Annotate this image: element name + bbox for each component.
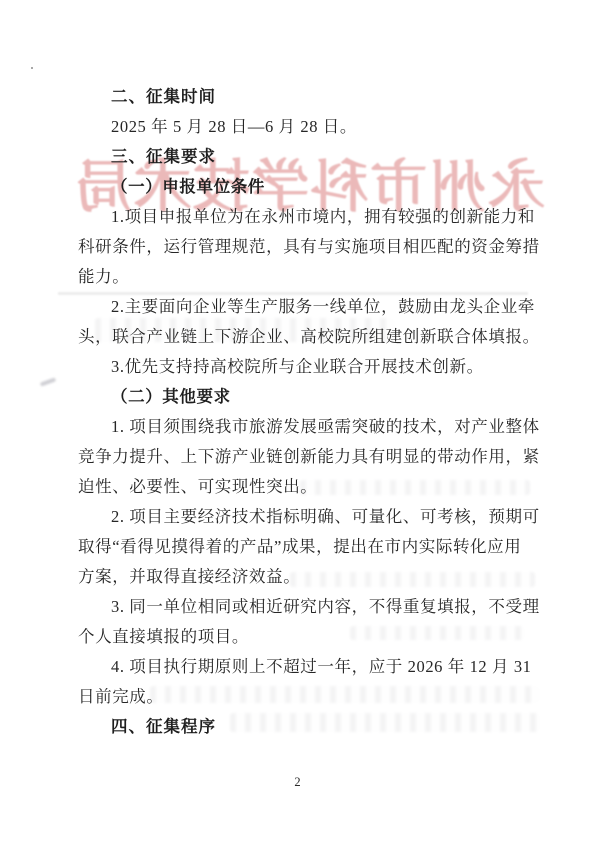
text-line: 头，联合产业链上下游企业、高校院所组建创新联合体填报。 (78, 322, 528, 352)
ink-speck-artifact (31, 67, 33, 69)
text-line: 方案，并取得直接经济效益。 (78, 562, 528, 592)
heading-collection-time: 二、征集时间 (78, 82, 528, 112)
text-line: 2.主要面向企业等生产服务一线单位，鼓励由龙头企业牵 (78, 292, 528, 322)
heading-collection-procedure: 四、征集程序 (78, 712, 528, 742)
text-line: 日前完成。 (78, 682, 528, 712)
smudge-artifact (40, 377, 56, 386)
subheading-applicant-conditions: （一）申报单位条件 (78, 172, 528, 202)
text-line: 4. 项目执行期原则上不超过一年，应于 2026 年 12 月 31 (78, 652, 528, 682)
text-line: 能力。 (78, 262, 528, 292)
text-line: 3. 同一单位相同或相近研究内容，不得重复填报，不受理 (78, 592, 528, 622)
text-line: 竞争力提升、上下游产业链创新能力具有明显的带动作用，紧 (78, 442, 528, 472)
document-body: 二、征集时间 2025 年 5 月 28 日—6 月 28 日。 三、征集要求 … (78, 82, 528, 742)
text-line: 1. 项目须围绕我市旅游发展亟需突破的技术，对产业整体 (78, 412, 528, 442)
text-line-date-range: 2025 年 5 月 28 日—6 月 28 日。 (78, 112, 528, 142)
text-line: 取得“看得见摸得着的产品”成果，提出在市内实际转化应用 (78, 532, 528, 562)
scanned-document-page: 永州市科学技术局 二、征集时间 2025 年 5 月 28 日—6 月 28 日… (0, 0, 595, 841)
text-line: 2. 项目主要经济技术指标明确、可量化、可考核，预期可 (78, 502, 528, 532)
subheading-other-requirements: （二）其他要求 (78, 382, 528, 412)
text-line: 科研条件，运行管理规范，具有与实施项目相匹配的资金筹措 (78, 232, 528, 262)
text-line: 迫性、必要性、可实现性突出。 (78, 472, 528, 502)
text-line: 1.项目申报单位为在永州市境内，拥有较强的创新能力和 (78, 202, 528, 232)
heading-collection-requirements: 三、征集要求 (78, 142, 528, 172)
text-line: 个人直接填报的项目。 (78, 622, 528, 652)
text-line: 3.优先支持持高校院所与企业联合开展技术创新。 (78, 352, 528, 382)
page-number: 2 (0, 775, 595, 790)
